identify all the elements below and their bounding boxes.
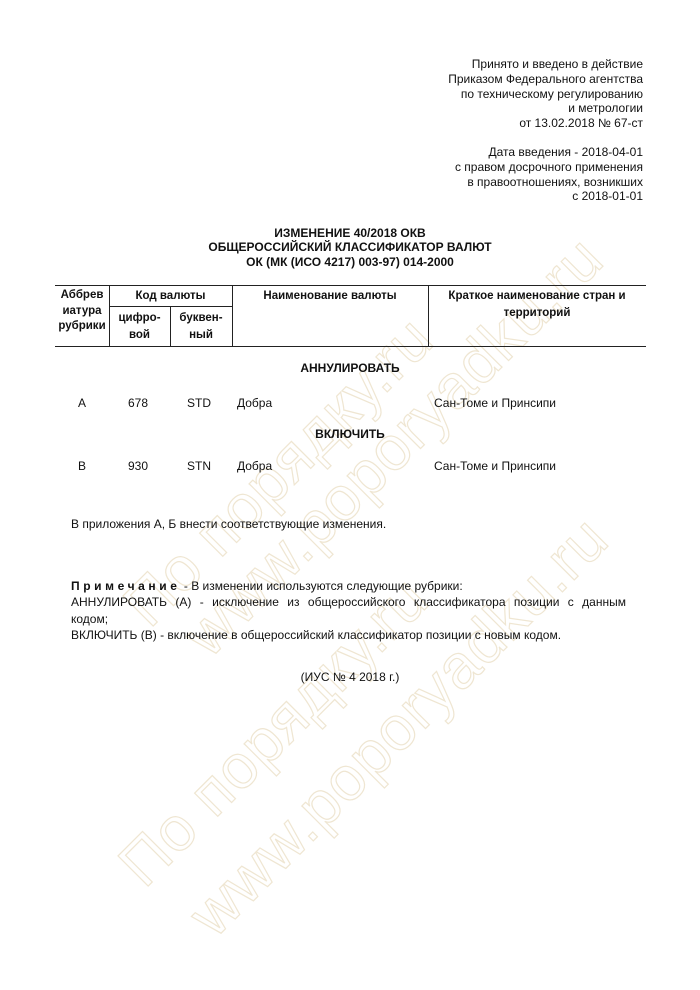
cell-abbr: А [78,396,86,410]
effective-line: с правом досрочного применения [448,160,643,175]
source-reference: (ИУС № 4 2018 г.) [0,670,700,684]
title-line-1: ИЗМЕНЕНИЕ 40/2018 ОКВ [0,226,700,240]
cell-alpha: STN [187,459,211,473]
note-block: Примечание - В изменении используются сл… [71,578,626,643]
note-intro: - В изменении используются следующие руб… [181,579,463,593]
header-abbreviation: Аббрев иатура рубрики [55,288,109,335]
cell-numeric: 930 [128,459,148,473]
header-text: территорий [428,305,646,322]
effective-line: в правоотношениях, возникших [448,175,643,190]
header-text: вой [109,327,170,344]
cell-numeric: 678 [128,396,148,410]
note-lead: Примечание [71,579,181,593]
note-intro-line: Примечание - В изменении используются сл… [71,578,626,594]
approval-line: Принято и введено в действие [448,57,643,72]
header-text: рубрики [55,319,109,335]
document-title: ИЗМЕНЕНИЕ 40/2018 ОКВ ОБЩЕРОССИЙСКИЙ КЛА… [0,226,700,269]
note-item-include: ВКЛЮЧИТЬ (В) - включение в общероссийски… [71,627,626,643]
row-divider [109,306,232,307]
header-text: буквен- [170,310,232,327]
header-currency-name: Наименование валюты [232,288,428,305]
header-currency-code: Код валюты [109,288,232,305]
effective-early-date: с 2018-01-01 [448,189,643,204]
appendix-note: В приложения А, Б внести соответствующие… [71,516,631,532]
cell-currency-name: Добра [237,396,272,410]
title-line-2: ОБЩЕРОССИЙСКИЙ КЛАССИФИКАТОР ВАЛЮТ [0,240,700,254]
header-country-name: Краткое наименование стран и территорий [428,288,646,321]
cell-country: Сан-Томе и Принсипи [434,459,556,473]
cell-country: Сан-Томе и Принсипи [434,396,556,410]
header-alpha-code: буквен- ный [170,310,232,343]
cell-currency-name: Добра [237,459,272,473]
watermark-text-2: www.poporyadku.ru [175,503,622,950]
section-heading-annul: АННУЛИРОВАТЬ [0,361,700,375]
header-text: Краткое наименование стран и [428,288,646,305]
approval-block: Принято и введено в действие Приказом Фе… [448,57,643,204]
approval-line: по техническому регулированию [448,87,643,102]
cell-abbr: В [78,459,86,473]
approval-line: и метрологии [448,101,643,116]
cell-alpha: STD [187,396,211,410]
table-header: Аббрев иатура рубрики Код валюты цифро- … [55,285,646,347]
section-heading-include: ВКЛЮЧИТЬ [0,427,700,441]
title-line-3: ОК (МК (ИСО 4217) 003-97) 014-2000 [0,255,700,269]
header-text: ный [170,327,232,344]
header-numeric-code: цифро- вой [109,310,170,343]
approval-order-number: от 13.02.2018 № 67-ст [448,116,643,131]
header-text: иатура [55,304,109,320]
note-item-annul: АННУЛИРОВАТЬ (А) - исключение из общерос… [71,594,626,627]
effective-date: Дата введения - 2018-04-01 [448,145,643,160]
approval-line: Приказом Федерального агентства [448,72,643,87]
header-text: цифро- [109,310,170,327]
header-text: Аббрев [55,288,109,304]
